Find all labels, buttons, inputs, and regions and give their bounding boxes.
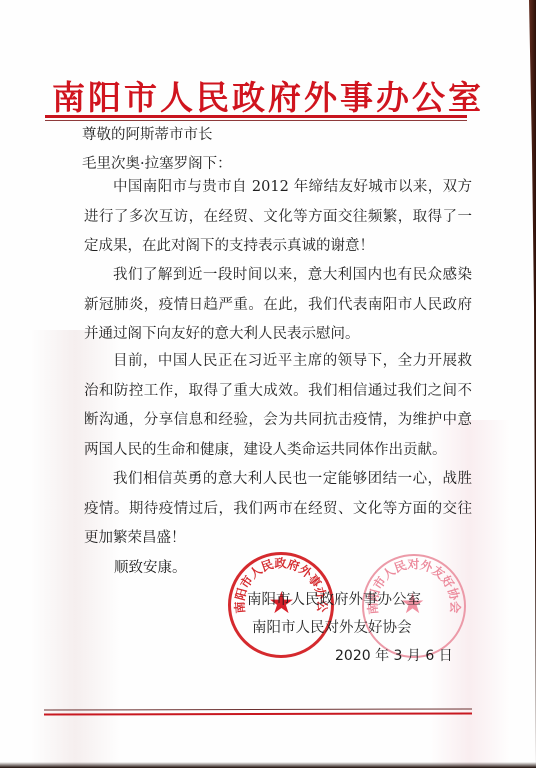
scan-edge-bottom [0,762,536,768]
body-paragraph-1: 中国南阳市与贵市自 2012 年缔结友好城市以来，双方进行了多次互访，在经贸、文… [84,173,472,262]
letter-page: 南阳市人民政府外事办公室 尊敬的阿斯蒂市市长 毛里次奥·拉塞罗阁下： 中国南阳市… [0,0,536,768]
body-paragraph-4: 我们相信英勇的意大利人民也一定能够团结一心，战胜疫情。期待疫情过后，我们两市在经… [84,465,472,554]
letter-date: 2020 年 3 月 6 日 [335,642,453,671]
body-paragraph-2: 我们了解到近一段时间以来，意大利国内也有民众感染新冠肺炎，疫情日趋严重。在此，我… [84,261,472,350]
footer-rule-thick [44,712,472,715]
letterhead-title: 南阳市人民政府外事办公室 [0,72,536,119]
signer-foreign-affairs-office: 南阳市人民政府外事办公室 [247,586,421,615]
signer-friendship-association: 南阳市人民对外友好协会 [252,614,412,643]
closing-line: 顺致安康。 [114,554,187,583]
salutation-line-1: 尊敬的阿斯蒂市市长 [82,121,213,150]
letterhead-rule-thick [45,115,467,118]
footer-rule-thin [44,708,472,710]
body-paragraph-3: 目前，中国人民正在习近平主席的领导下，全力开展救治和防控工作，取得了重大成效。我… [84,347,472,465]
